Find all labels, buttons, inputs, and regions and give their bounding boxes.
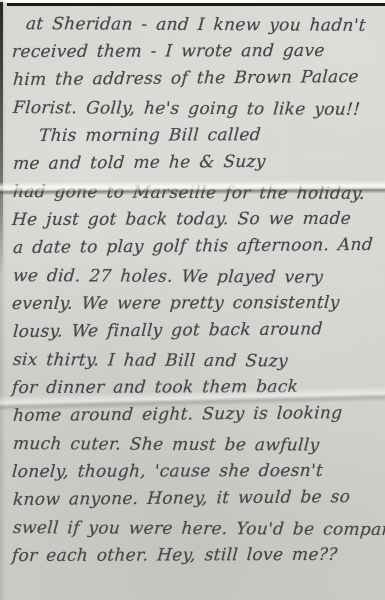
letter-line: lonely, though, 'cause she doesn't: [11, 457, 379, 486]
letter-line: we did. 27 holes. We played very: [12, 262, 380, 292]
letter-line: swell if you were here. You'd be company: [12, 514, 380, 544]
letter-line: six thirty. I had Bill and Suzy: [12, 346, 380, 376]
letter-body: at Sheridan - and I knew you hadn't rece…: [0, 8, 385, 600]
letter-line: me and told me he & Suzy: [12, 147, 380, 178]
letter-line: He just got back today. So we made: [11, 205, 379, 234]
letter-line: received them - I wrote and gave: [11, 37, 379, 66]
letter-line: had gone to Marseille for the holiday.: [12, 178, 380, 208]
letter-line: for each other. Hey, still love me??: [11, 541, 379, 570]
letter-line: evenly. We were pretty consistently: [11, 289, 379, 318]
letter-line: Florist. Golly, he's going to like you!!: [12, 94, 380, 124]
letter-line: lousy. We finally got back around: [12, 315, 380, 346]
letter-line: know anyone. Honey, it would be so: [12, 483, 380, 514]
letter-line: him the address of the Brown Palace: [12, 63, 380, 94]
letter-line: This morning Bill called: [11, 121, 379, 150]
letter-paper: at Sheridan - and I knew you hadn't rece…: [0, 0, 385, 600]
paper-top-edge-shadow: [7, 3, 385, 6]
letter-line: at Sheridan - and I knew you hadn't: [12, 10, 380, 40]
letter-line: much cuter. She must be awfully: [12, 430, 380, 460]
letter-line: a date to play golf this afternoon. And: [12, 231, 380, 262]
letter-line: for dinner and took them back: [11, 373, 379, 402]
letter-line: home around eight. Suzy is looking: [12, 399, 380, 430]
